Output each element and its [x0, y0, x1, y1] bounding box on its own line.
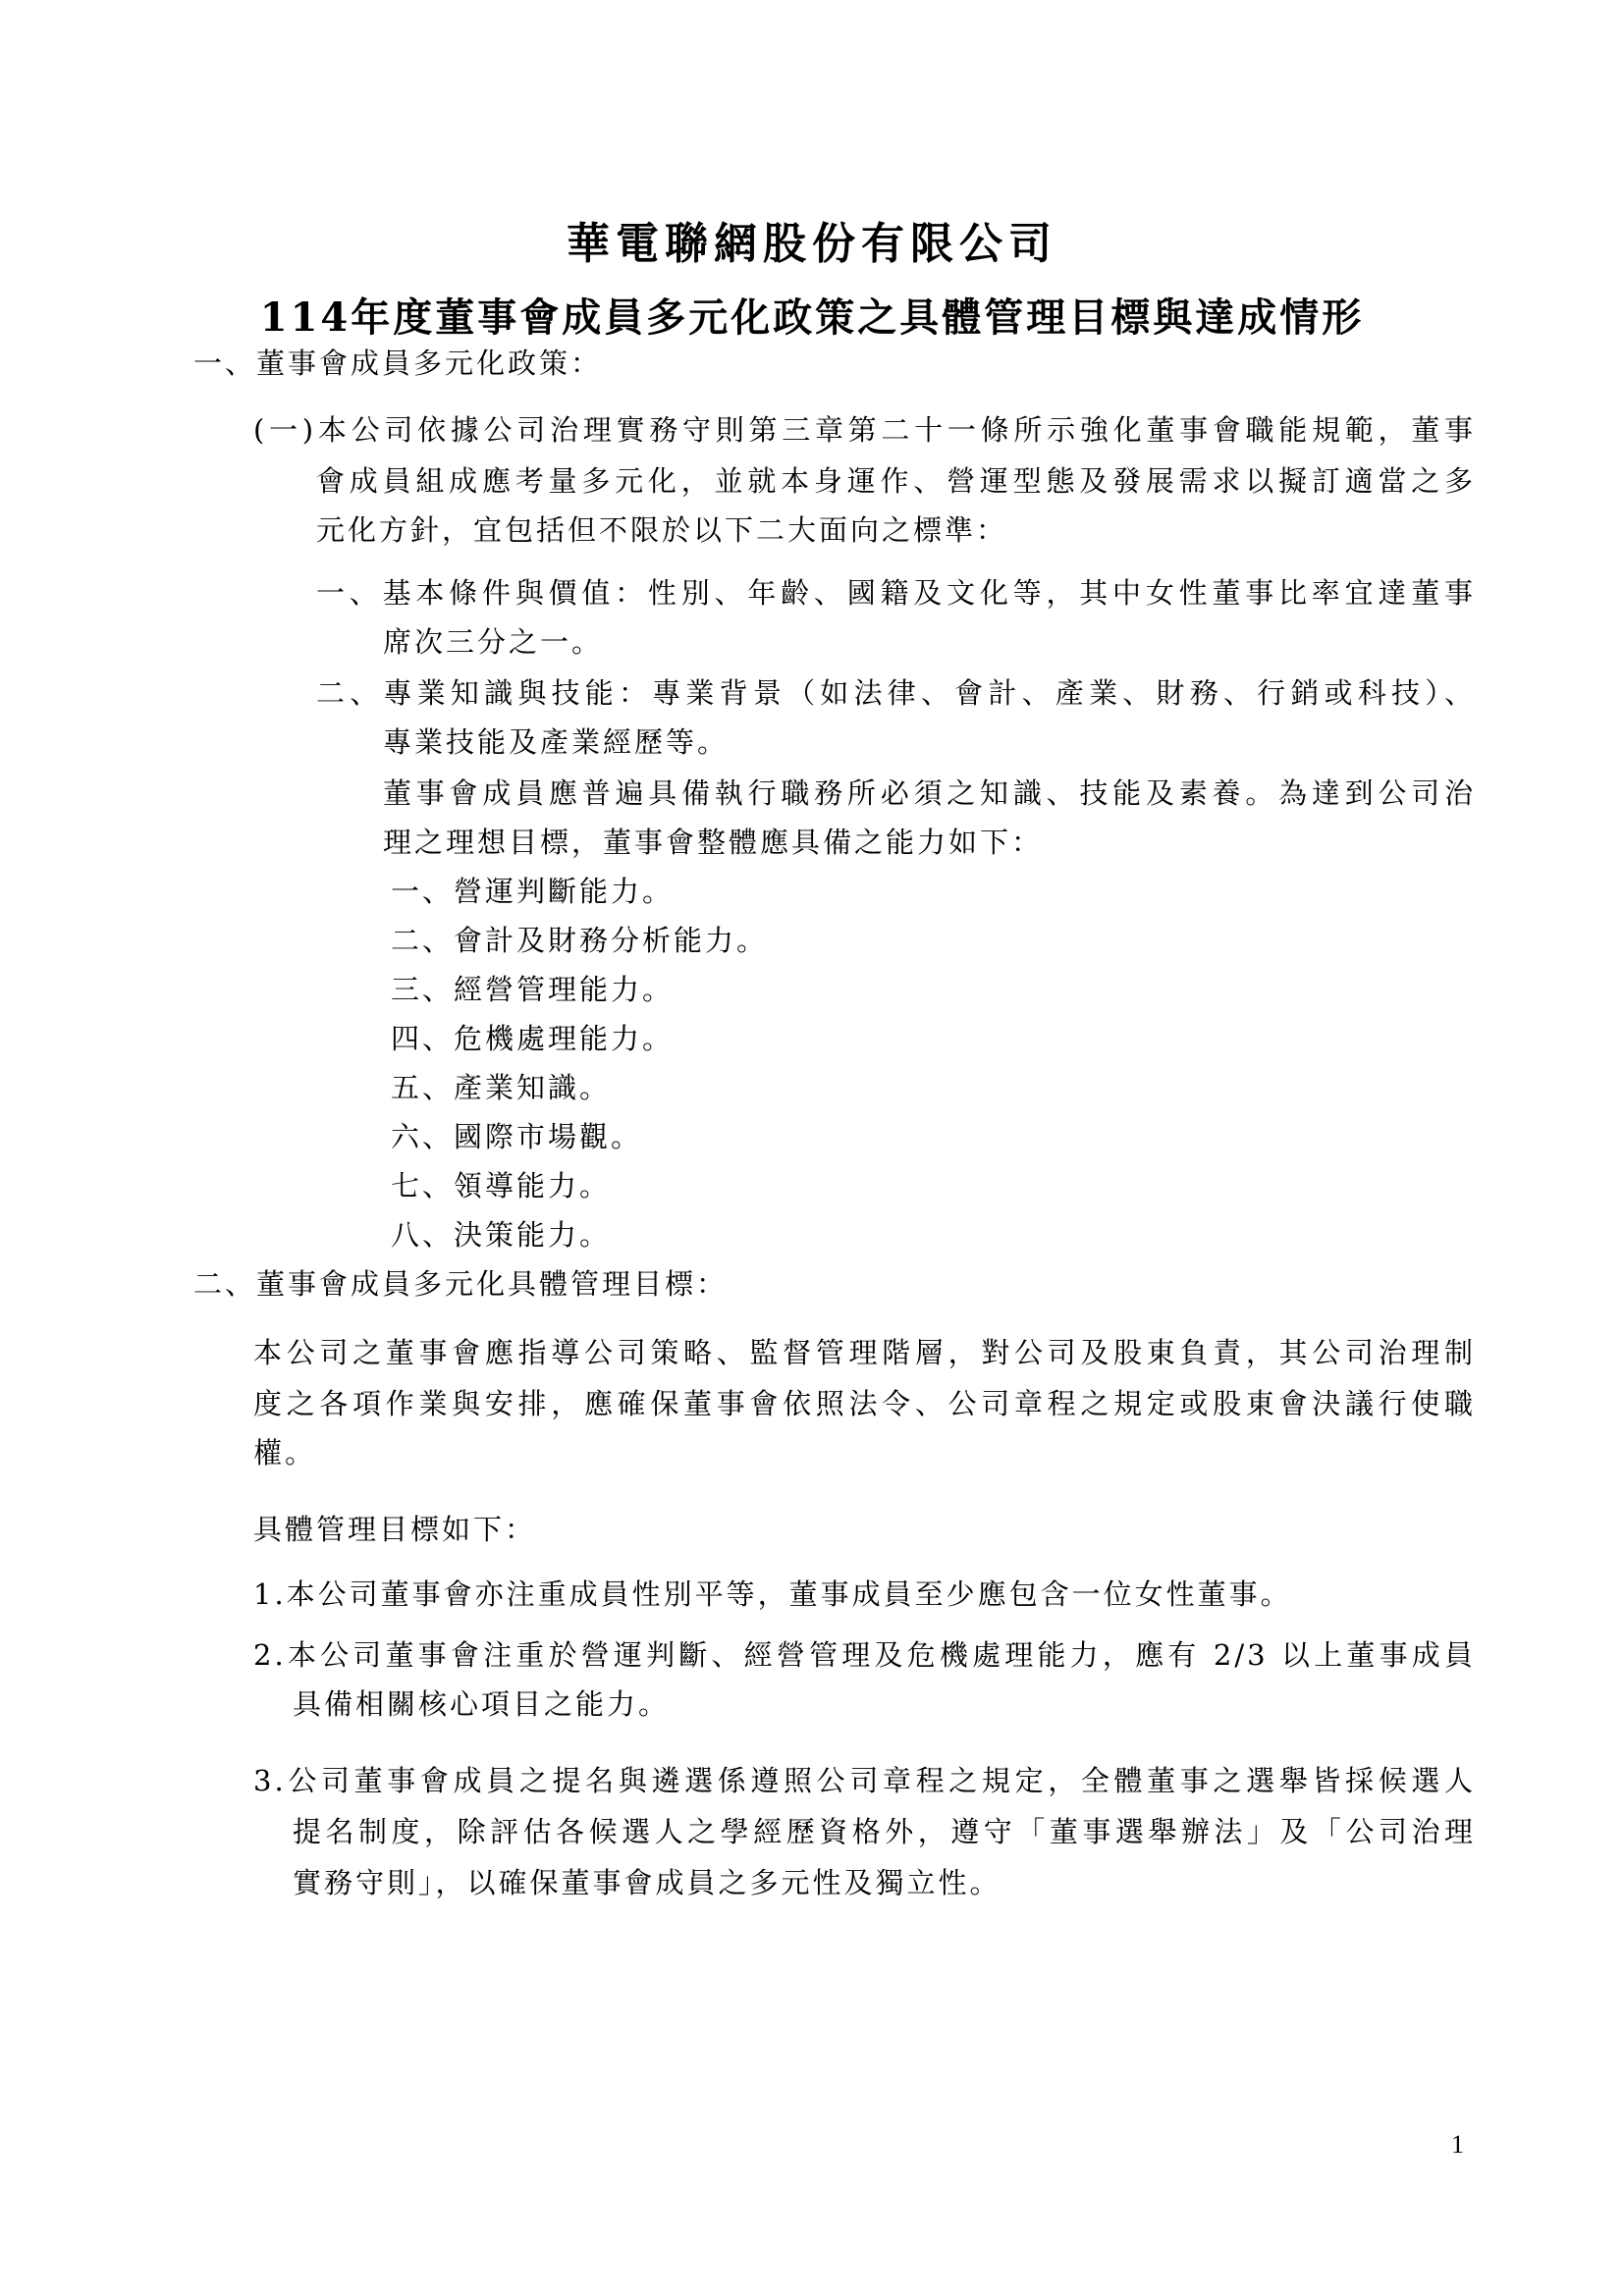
goal-item-2-line: 2.本公司董事會注重於營運判斷、經營管理及危機處理能力，應有 2/3 以上董事成…: [253, 1637, 1476, 1673]
section1-heading: 一、董事會成員多元化政策：: [193, 346, 602, 381]
ability-item: 二、會計及財務分析能力。: [391, 923, 768, 958]
ability-item: 六、國際市場觀。: [391, 1119, 642, 1154]
ability-item: 八、決策能力。: [391, 1217, 611, 1253]
section2-intro-line: 本公司之董事會應指導公司策略、監督管理階層，對公司及股東負責，其公司治理制: [253, 1335, 1476, 1370]
section1-para-line: 元化方針，宜包括但不限於以下二大面向之標準：: [316, 512, 1007, 548]
document-title: 114年度董事會成員多元化政策之具體管理目標與達成情形: [0, 287, 1624, 343]
section1-para-line: 會成員組成應考量多元化，並就本身運作、營運型態及發展需求以擬訂適當之多: [316, 463, 1476, 499]
goal-item-3-line: 提名制度，除評估各候選人之學經歷資格外，遵守「董事選舉辦法」及「公司治理: [293, 1814, 1476, 1849]
page-number: 1: [1451, 2130, 1464, 2160]
abilities-intro-line: 董事會成員應普遍具備執行職務所必須之知識、技能及素養。為達到公司治: [383, 775, 1476, 811]
criterion-professional-line: 專業技能及產業經歷等。: [383, 724, 729, 760]
goal-item-3-line: 實務守則」，以確保董事會成員之多元性及獨立性。: [293, 1865, 1001, 1900]
ability-item: 七、領導能力。: [391, 1168, 611, 1203]
goal-item-2-line: 具備相關核心項目之能力。: [293, 1686, 670, 1722]
company-name: 華電聯網股份有限公司: [0, 208, 1624, 271]
ability-item: 四、危機處理能力。: [391, 1021, 674, 1056]
abilities-intro-line: 理之理想目標，董事會整體應具備之能力如下：: [383, 825, 1043, 860]
goal-item-3-line: 3.公司董事會成員之提名與遴選係遵照公司章程之規定，全體董事之選舉皆採候選人: [253, 1763, 1476, 1798]
goals-intro: 具體管理目標如下：: [253, 1512, 536, 1547]
criterion-basic-line: 一、基本條件與價值：性別、年齡、國籍及文化等，其中女性董事比率宜達董事: [316, 575, 1476, 611]
goal-item-1: 1.本公司董事會亦注重成員性別平等，董事成員至少應包含一位女性董事。: [253, 1576, 1292, 1612]
ability-item: 一、營運判斷能力。: [391, 874, 674, 909]
ability-item: 五、產業知識。: [391, 1070, 611, 1105]
section2-intro-line: 度之各項作業與安排，應確保董事會依照法令、公司章程之規定或股東會決議行使職: [253, 1386, 1476, 1421]
ability-item: 三、經營管理能力。: [391, 972, 674, 1007]
criterion-professional-line: 二、專業知識與技能：專業背景（如法律、會計、產業、財務、行銷或科技）、: [316, 675, 1476, 711]
section2-intro-line: 權。: [253, 1435, 316, 1470]
section1-para-line: (一)本公司依據公司治理實務守則第三章第二十一條所示強化董事會職能規範，董事: [253, 412, 1476, 448]
criterion-basic-line: 席次三分之一。: [383, 624, 603, 660]
section2-heading: 二、董事會成員多元化具體管理目標：: [193, 1266, 728, 1302]
